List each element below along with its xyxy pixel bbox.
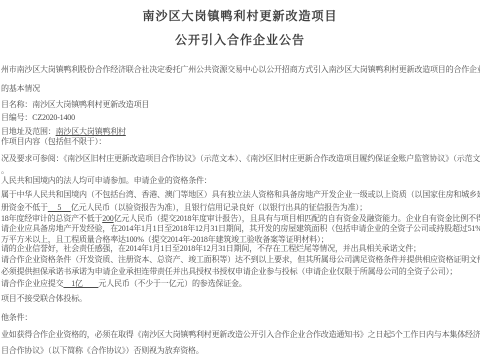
document-title-line1: 南沙区大岗镇鸭利村更新改造项目 <box>0 7 480 24</box>
text-segment: 18年度经审计的总资产不低于 <box>1 214 102 223</box>
text-segment: 的基本情况 <box>1 84 40 93</box>
document-line: 州市南沙区大岗镇鸭利股份合作经济联合社决定委托广州公共资源交易中心以公开招商方式… <box>1 65 480 75</box>
document-line: 请的企业信誉好，社会责任感强，在2014年1月1日至2018年12月31日期间，… <box>1 244 421 254</box>
text-segment: 请企业应具备房地产开发经验，在2014年1月1日至2018年12月31日期间，其… <box>1 224 480 233</box>
text-segment: 请的企业信誉好，社会责任感强，在2014年1月1日至2018年12月31日期间，… <box>1 244 421 253</box>
document-line: 的基本情况 <box>1 84 40 94</box>
text-segment: 况及要求可参阅：《南沙区旧村庄更新改造项目合作协议》（示范文本）、《南沙区旧村庄… <box>1 154 480 163</box>
text-segment: 册资金不低于 <box>1 203 48 212</box>
text-segment: 目编号：CZ2020-1400 <box>1 113 75 122</box>
document-line: 请合作企业资格条件（开发资质、注册资本、总资产、竣工面积等）达不到以上要求，但其… <box>1 255 480 265</box>
text-segment: 目合作协议》（以下简称《合作协议》）否则视为放弃资格。 <box>1 346 204 355</box>
document-title-line2: 公开引入合作企业公告 <box>0 31 480 48</box>
text-segment: 请合作企业应提交 <box>1 279 63 288</box>
text-segment: 州市南沙区大岗镇鸭利股份合作经济联合社决定委托广州公共资源交易中心以公开招商方式… <box>1 65 480 74</box>
text-segment: 人民共和国境内的法人均可申请参加。申请企业的资格条件： <box>1 176 212 185</box>
document-line: 况及要求可参阅：《南沙区旧村庄更新改造项目合作协议》（示范文本）、《南沙区旧村庄… <box>1 154 480 164</box>
text-segment: 亿元人民币（以验资报告为准），且银行信用记录良好（以银行出具的征信报告为准）； <box>71 203 367 212</box>
document-line: 必须提供担保承诺书承诺为申请企业承担连带责任并出具授权书授权申请企业参与投标（申… <box>1 267 457 277</box>
text-segment: 目名称：南沙区大岗镇鸭利村更新改造项目 <box>1 100 149 109</box>
text-segment: 作项目内容（包括但不限于）： <box>1 137 106 146</box>
underlined-value: 5 <box>48 203 71 212</box>
text-segment: 目地址及范围： <box>1 127 56 136</box>
text-segment: 必须提供担保承诺书承诺为申请企业承担连带责任并出具授权书授权申请企业参与投标（申… <box>1 267 457 276</box>
document-page: 南沙区大岗镇鸭利村更新改造项目 公开引入合作企业公告 州市南沙区大岗镇鸭利股份合… <box>0 0 480 360</box>
document-line: 目名称：南沙区大岗镇鸭利村更新改造项目 <box>1 100 149 110</box>
text-segment: 属于中华人民共和国境内（不包括台湾、香港、澳门等地区）具有独立法人资格和具备房地… <box>1 190 480 199</box>
document-line: 属于中华人民共和国境内（不包括台湾、香港、澳门等地区）具有独立法人资格和具备房地… <box>1 190 480 200</box>
text-segment: 请合作企业资格条件（开发资质、注册资本、总资产、竣工面积等）达不到以上要求，但其… <box>1 255 480 264</box>
document-line: 18年度经审计的总资产不低于200亿元人民币（提交2018年度审计报告），且具有… <box>1 214 480 224</box>
document-line: 。 <box>1 166 9 176</box>
underlined-value: 1亿 <box>63 279 98 288</box>
document-line: 目地址及范围：南沙区大岗镇鸭利村 <box>1 127 126 137</box>
document-line: 请合作企业应提交 1亿 元人民币（不少于一亿元）的参选保证金。 <box>1 279 247 289</box>
document-line: 他条件： <box>1 313 32 323</box>
text-segment: 业如获得合作企业资格的，必须在取得《南沙区大岗镇鸭利村更新改造公开引入合作企业合… <box>1 330 480 339</box>
underlined-value: 南沙区大岗镇鸭利村 <box>56 127 126 136</box>
text-segment: 。 <box>1 166 9 175</box>
document-line: 册资金不低于 5 亿元人民币（以验资报告为准），且银行信用记录良好（以银行出具的… <box>1 203 367 213</box>
text-segment: 他条件： <box>1 313 32 322</box>
text-segment: 亿元人民币（提交2018年度审计报告），且具有与项目相匹配的自有资金及融资能力。… <box>114 214 480 223</box>
underlined-value: 200 <box>102 214 113 223</box>
text-segment: 元人民币（不少于一亿元）的参选保证金。 <box>98 279 246 288</box>
document-line: 作项目内容（包括但不限于）： <box>1 137 106 147</box>
document-line: 请企业应具备房地产开发经验，在2014年1月1日至2018年12月31日期间，其… <box>1 224 480 234</box>
document-line: 人民共和国境内的法人均可申请参加。申请企业的资格条件： <box>1 176 212 186</box>
document-line: 业如获得合作企业资格的，必须在取得《南沙区大岗镇鸭利村更新改造公开引入合作企业合… <box>1 330 480 340</box>
text-segment: 万平方米以上，且工程质量合格率达100%（提交2014年-2018年建筑竣工验收… <box>1 235 329 244</box>
document-line: 项目不接受联合体投标。 <box>1 294 87 304</box>
text-segment: 项目不接受联合体投标。 <box>1 294 87 303</box>
document-line: 目编号：CZ2020-1400 <box>1 113 75 123</box>
document-line: 目合作协议》（以下简称《合作协议》）否则视为放弃资格。 <box>1 346 204 356</box>
